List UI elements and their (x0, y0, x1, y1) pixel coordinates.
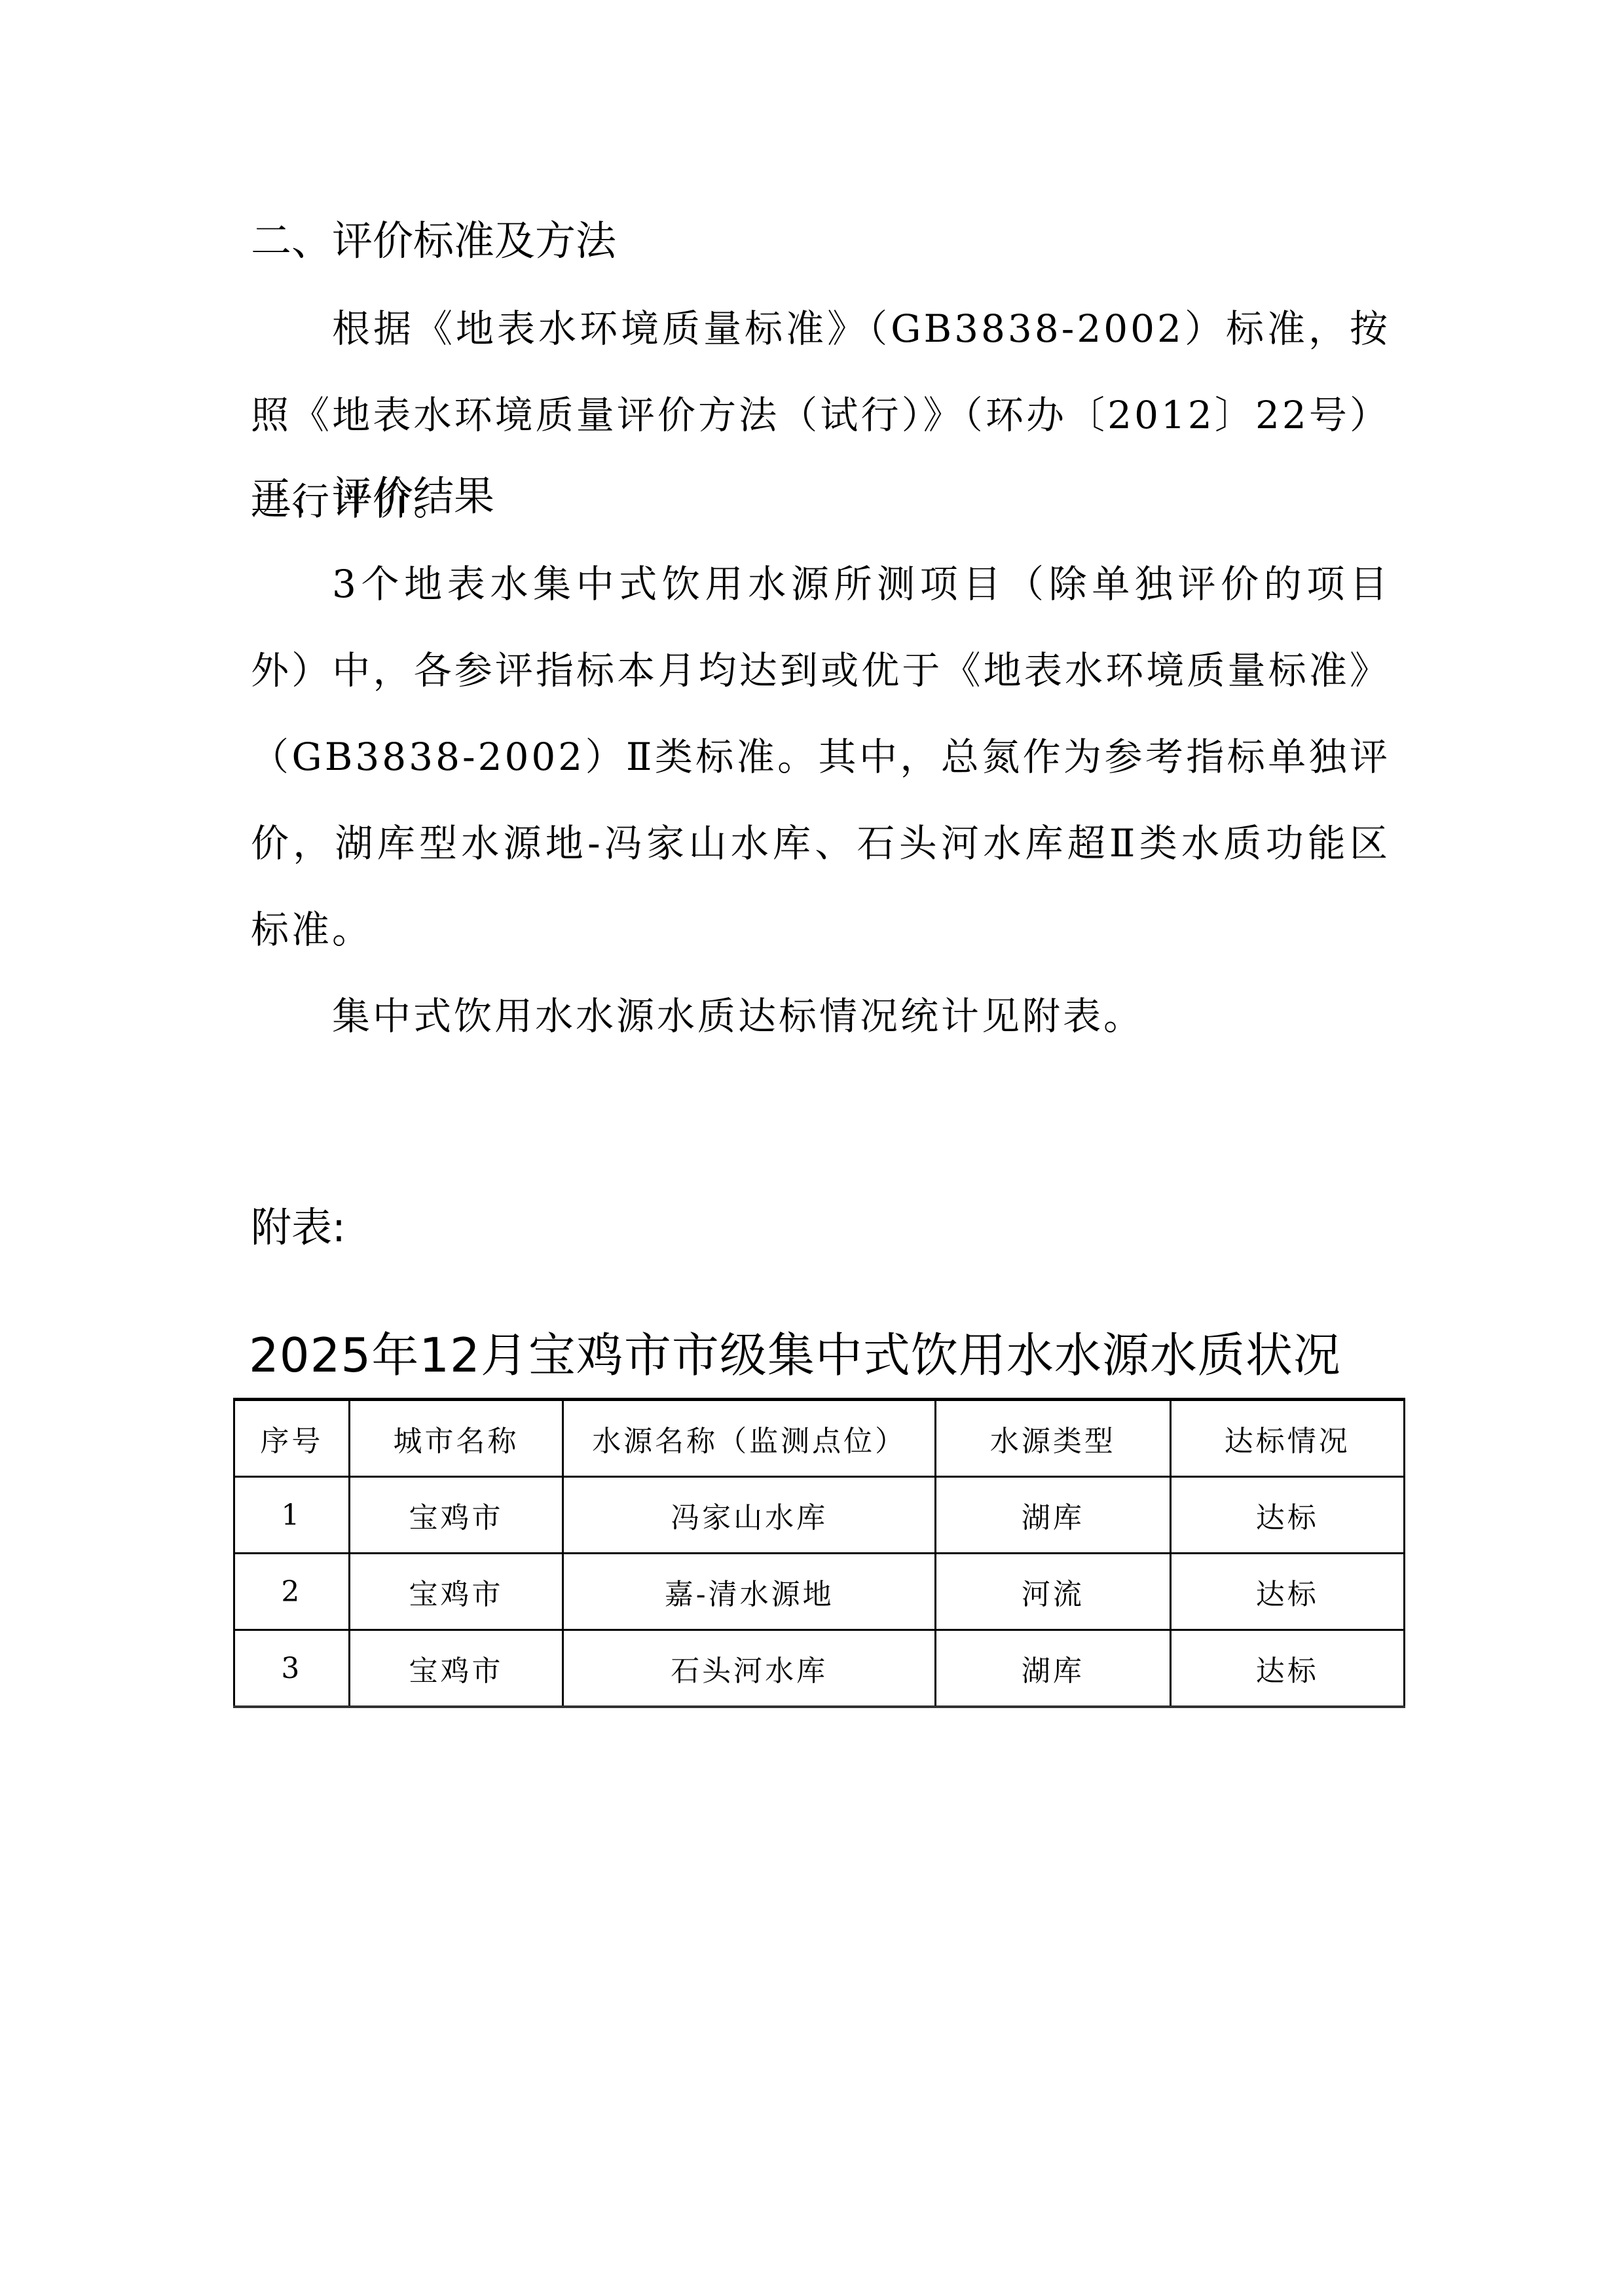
column-header-source-name: 水源名称（监测点位） (563, 1400, 936, 1477)
table-title: 2025年12月宝鸡市市级集中式饮用水水源水质状况 (249, 1322, 1341, 1388)
appendix-label: 附表: (251, 1198, 346, 1257)
document-page: 二、评价标准及方法 根据《地表水环境质量标准》（GB3838-2002）标准，按… (0, 0, 1624, 2296)
cell-city: 宝鸡市 (349, 1554, 563, 1630)
cell-index: 2 (234, 1554, 350, 1630)
cell-compliance: 达标 (1170, 1477, 1404, 1554)
cell-city: 宝鸡市 (349, 1630, 563, 1707)
column-header-index: 序号 (234, 1400, 350, 1477)
cell-source-name: 嘉-清水源地 (563, 1554, 936, 1630)
cell-source-name: 冯家山水库 (563, 1477, 936, 1554)
section-2-heading: 二、评价标准及方法 (251, 215, 616, 267)
cell-index: 3 (234, 1630, 350, 1707)
table-row: 2 宝鸡市 嘉-清水源地 河流 达标 (234, 1554, 1405, 1630)
table-row: 1 宝鸡市 冯家山水库 湖库 达标 (234, 1477, 1405, 1554)
column-header-source-type: 水源类型 (936, 1400, 1170, 1477)
cell-compliance: 达标 (1170, 1630, 1404, 1707)
section-3-paragraph-see-appendix: 集中式饮用水水源水质达标情况统计见附表。 (251, 973, 1390, 1059)
section-3-heading: 三、评价结果 (251, 470, 494, 522)
section-3-paragraph-results: 3个地表水集中式饮用水源所测项目（除单独评价的项目外）中，各参评指标本月均达到或… (251, 541, 1390, 973)
column-header-compliance: 达标情况 (1170, 1400, 1404, 1477)
column-header-city: 城市名称 (349, 1400, 563, 1477)
cell-city: 宝鸡市 (349, 1477, 563, 1554)
cell-source-type: 湖库 (936, 1630, 1170, 1707)
cell-index: 1 (234, 1477, 350, 1554)
cell-source-name: 石头河水库 (563, 1630, 936, 1707)
table-header-row: 序号 城市名称 水源名称（监测点位） 水源类型 达标情况 (234, 1400, 1405, 1477)
water-quality-table: 序号 城市名称 水源名称（监测点位） 水源类型 达标情况 1 宝鸡市 冯家山水库… (233, 1398, 1405, 1708)
cell-source-type: 湖库 (936, 1477, 1170, 1554)
cell-source-type: 河流 (936, 1554, 1170, 1630)
table-row: 3 宝鸡市 石头河水库 湖库 达标 (234, 1630, 1405, 1707)
cell-compliance: 达标 (1170, 1554, 1404, 1630)
